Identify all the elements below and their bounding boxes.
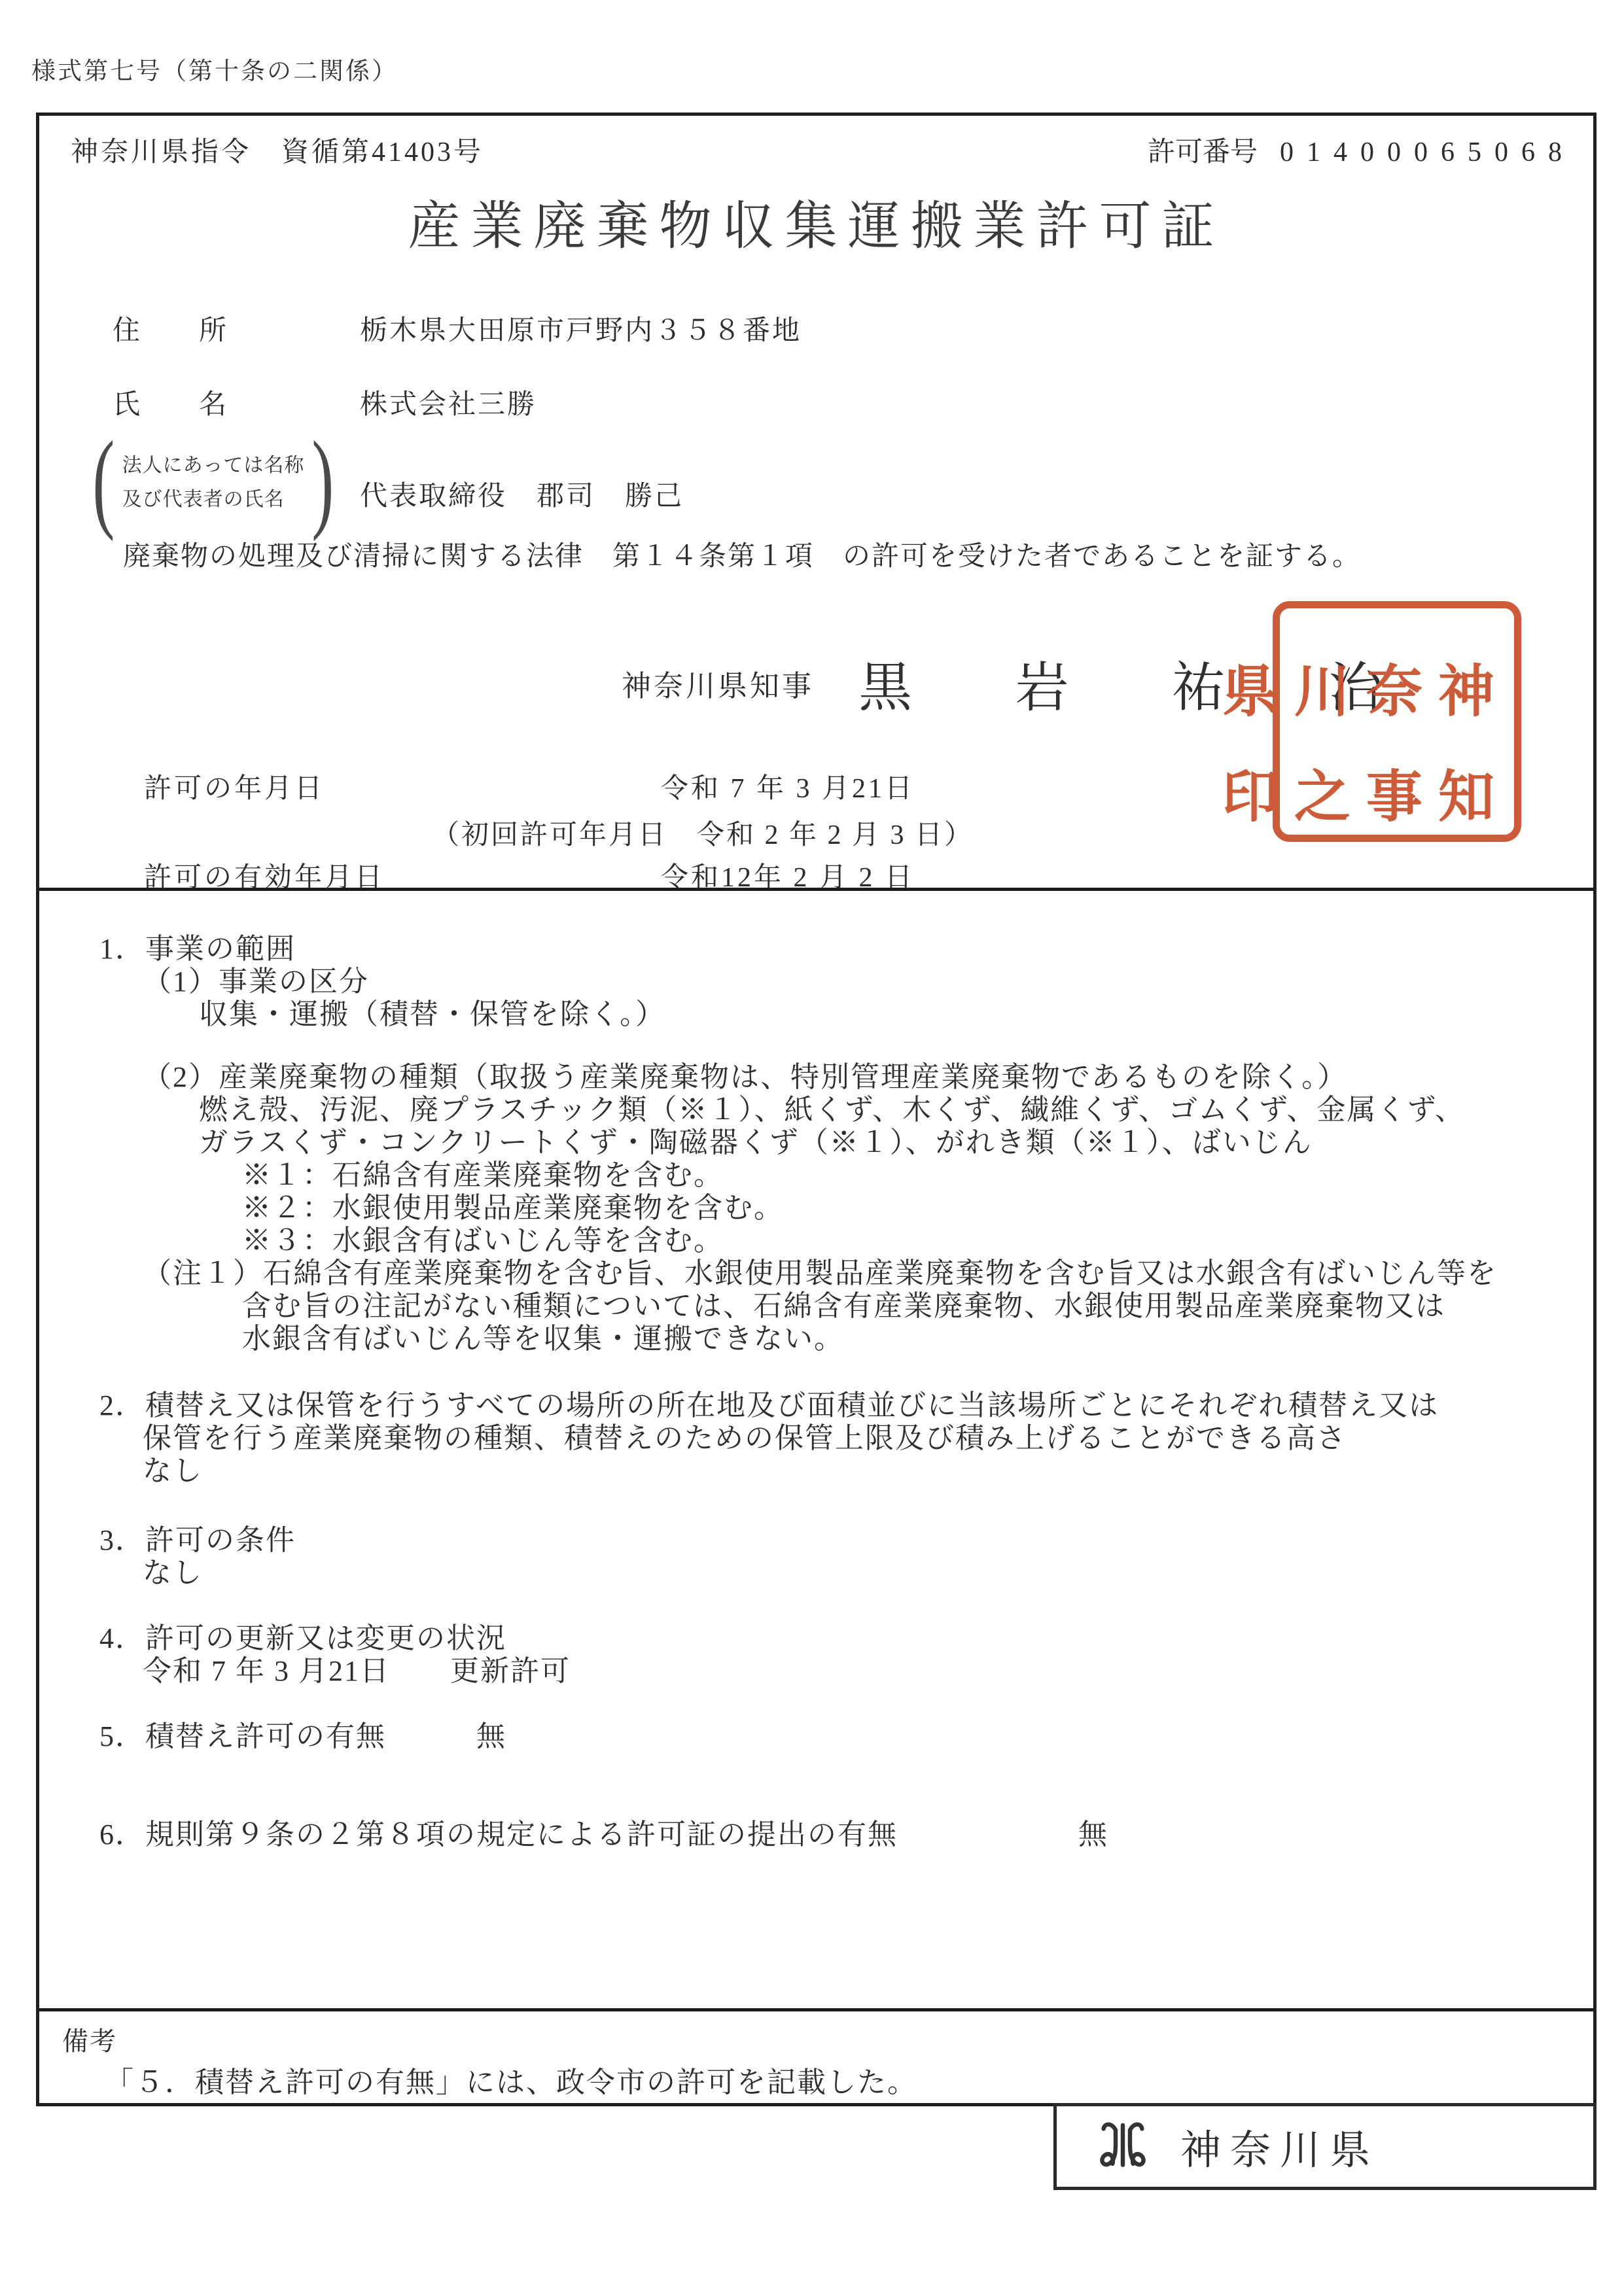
address-label: 住 所 <box>113 309 228 348</box>
body-line: 5．積替え許可の有無 無 <box>99 1720 1567 1753</box>
directive-number: 神奈川県指令 資循第41403号 <box>71 130 484 169</box>
representative-value: 代表取締役 郡司 勝己 <box>360 474 684 513</box>
body-line: ※１：石綿含有産業廃棄物を含む。 <box>242 1159 1567 1192</box>
name-label: 氏 名 <box>113 383 228 422</box>
seal-column: 川県 <box>1209 616 1353 722</box>
certification-statement: 廃棄物の処理及び清掃に関する法律 第１４条第１項 の許可を受けた者であることを証… <box>123 534 1361 574</box>
permit-number-label: 許可番号 <box>1148 130 1258 169</box>
document-title: 産業廃棄物収集運搬業許可証 <box>39 184 1593 259</box>
corporate-note: ( 法人にあっては名称 及び代表者の氏名 ) <box>85 418 342 542</box>
body-line: 水銀含有ばいじん等を収集・運搬できない。 <box>242 1323 1567 1355</box>
form-number-label: 様式第七号（第十条の二関係） <box>31 51 398 86</box>
seal-column: 知事 <box>1353 722 1497 827</box>
prefecture-name: 神奈川県 <box>1180 2117 1379 2176</box>
governor-title: 神奈川県知事 <box>622 662 814 704</box>
body-line: 1．事業の範囲 <box>99 933 1567 965</box>
body-line: 3．許可の条件 <box>99 1524 1567 1557</box>
close-paren-glyph: ) <box>312 425 334 536</box>
permit-number-value: 01400065068 <box>1280 137 1575 168</box>
governor-seal: 神奈 川県 知事 之印 <box>1273 601 1521 842</box>
provisions-body: 1．事業の範囲 （1）事業の区分 収集・運搬（積替・保管を除く。） （2）産業廃… <box>39 891 1593 1851</box>
permit-date-value: 令和 7 年 3 月21日 <box>661 767 915 806</box>
body-line: ※３：水銀含有ばいじん等を含む。 <box>242 1225 1567 1257</box>
seal-column: 神奈 <box>1353 616 1497 722</box>
body-line: 収集・運搬（積替・保管を除く。） <box>199 998 1567 1031</box>
body-line: ※２：水銀使用製品産業廃棄物を含む。 <box>242 1192 1567 1225</box>
body-line: 令和 7 年 3 月21日 更新許可 <box>143 1655 1567 1688</box>
body-line: 6．規則第９条の２第８項の規定による許可証の提出の有無 無 <box>99 1818 1567 1851</box>
body-line: ガラスくず・コンクリートくず・陶磁器くず（※１）、がれき類（※１）、ばいじん <box>199 1126 1567 1159</box>
permit-number-row: 許可番号 01400065068 <box>1148 130 1575 169</box>
corporate-note-line1: 法人にあっては名称 <box>122 449 305 478</box>
prefecture-footer-box: 神奈川県 <box>1053 2103 1597 2190</box>
remarks-box: 備考 「５．積替え許可の有無」には、政令市の許可を記載した。 <box>36 2008 1597 2106</box>
body-line: 保管を行う産業廃棄物の種類、積替えのための保管上限及び積み上げることができる高さ <box>143 1422 1567 1455</box>
body-line: なし <box>143 1455 1567 1487</box>
provisions-box: 1．事業の範囲 （1）事業の区分 収集・運搬（積替・保管を除く。） （2）産業廃… <box>36 888 1597 2011</box>
kanagawa-prefecture-logo-icon <box>1093 2117 1153 2177</box>
permit-document-page: 様式第七号（第十条の二関係） 神奈川県指令 資循第41403号 許可番号 014… <box>0 0 1624 2296</box>
permit-date-label: 許可の年月日 <box>144 767 325 806</box>
certificate-header-box: 神奈川県指令 資循第41403号 許可番号 01400065068 産業廃棄物収… <box>36 113 1597 891</box>
remarks-label: 備考 <box>62 2021 117 2058</box>
governor-name-char: 黒 <box>858 645 912 722</box>
body-line: なし <box>143 1557 1567 1590</box>
body-line: （注１）石綿含有産業廃棄物を含む旨、水銀使用製品産業廃棄物を含む旨又は水銀含有ば… <box>143 1257 1567 1290</box>
body-line: 2．積替え又は保管を行うすべての場所の所在地及び面積並びに当該場所ごとにそれぞれ… <box>99 1389 1567 1422</box>
body-line: 燃え殻、汚泥、廃プラスチック類（※１）、紙くず、木くず、繊維くず、ゴムくず、金属… <box>199 1094 1567 1126</box>
body-line: 4．許可の更新又は変更の状況 <box>99 1622 1567 1655</box>
address-value: 栃木県大田原市戸野内３５８番地 <box>360 309 802 348</box>
seal-column: 之印 <box>1209 722 1353 827</box>
body-line: 含む旨の注記がない種類については、石綿含有産業廃棄物、水銀使用製品産業廃棄物又は <box>242 1290 1567 1323</box>
remarks-text: 「５．積替え許可の有無」には、政令市の許可を記載した。 <box>105 2059 917 2100</box>
initial-permit-date: （初回許可年月日 令和 2 年 2 月 3 日） <box>432 813 974 852</box>
name-value: 株式会社三勝 <box>360 383 537 422</box>
governor-name-char: 岩 <box>1015 645 1068 722</box>
body-line: （2）産業廃棄物の種類（取扱う産業廃棄物は、特別管理産業廃棄物であるものを除く。… <box>143 1061 1567 1094</box>
corporate-note-line2: 及び代表者の氏名 <box>122 483 305 512</box>
body-line: （1）事業の区分 <box>143 965 1567 998</box>
open-paren-glyph: ( <box>92 425 115 536</box>
